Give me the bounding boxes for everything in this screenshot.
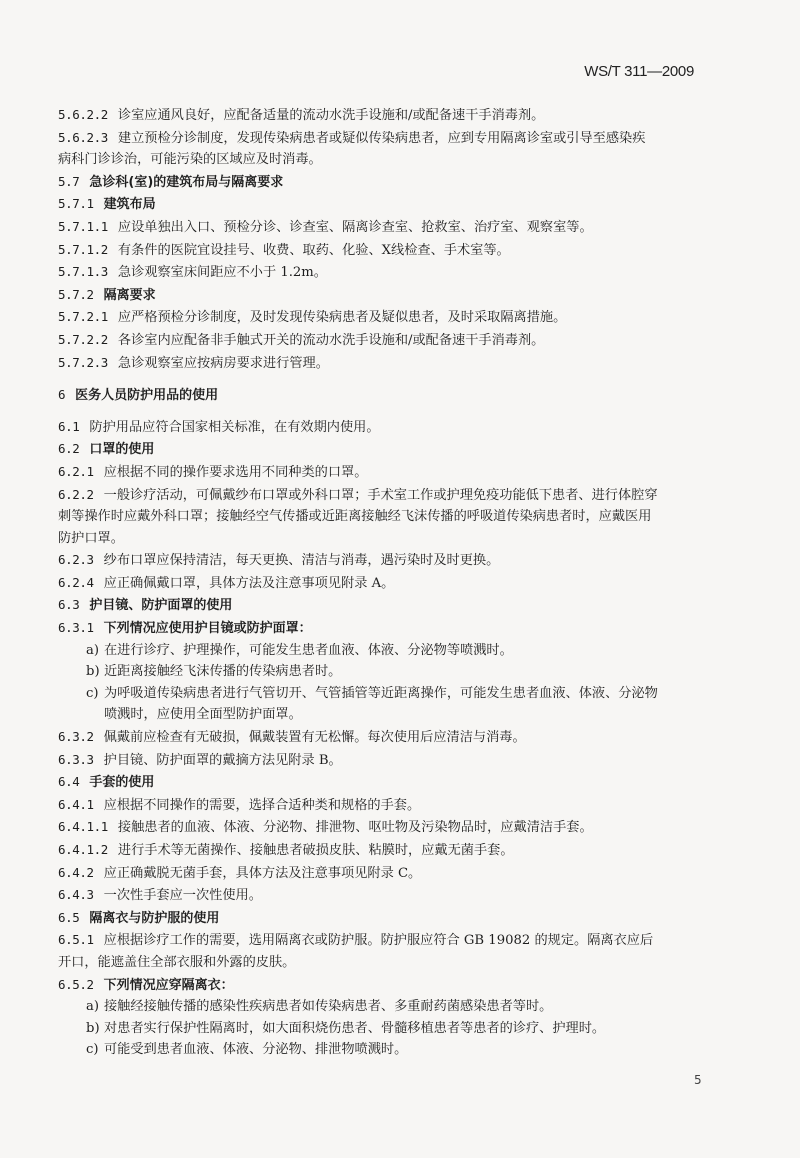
clause-text: 应根据不同的操作要求选用不同种类的口罩。	[104, 465, 368, 480]
clause-text: 可能受到患者血液、体液、分泌物、排泄物喷溅时。	[104, 1042, 407, 1057]
clause-number: 6.4.2	[58, 862, 94, 884]
list-item: c)为呼吸道传染病患者进行气管切开、气管插管等近距离操作，可能发生患者血液、体液…	[58, 683, 718, 705]
clause-text: 喷溅时，应使用全面型防护面罩。	[104, 707, 302, 722]
section-heading: 6.3护目镜、防护面罩的使用	[58, 594, 718, 617]
clause-text: 口罩的使用	[89, 442, 154, 457]
document-body: 5.6.2.2诊室应通风良好，应配备适量的流动水洗手设施和/或配备速干手消毒剂。…	[58, 104, 718, 1061]
list-item: b)对患者实行保护性隔离时，如大面积烧伤患者、骨髓移植患者等患者的诊疗、护理时。	[58, 1018, 718, 1040]
clause-number: 6.4.1.1	[58, 816, 108, 838]
clause-text: 在进行诊疗、护理操作，可能发生患者血液、体液、分泌物等喷溅时。	[104, 643, 513, 658]
clause-text: 应正确佩戴口罩，具体方法及注意事项见附录 A。	[104, 576, 395, 591]
paragraph-line: 5.7.2.1应严格预检分诊制度，及时发现传染病患者及疑似患者，及时采取隔离措施…	[58, 306, 718, 329]
clause-text: 病科门诊诊治，可能污染的区域应及时消毒。	[58, 152, 322, 167]
paragraph-line: 5.7.2.2各诊室内应配备非手触式开关的流动水洗手设施和/或配备速干手消毒剂。	[58, 329, 718, 352]
paragraph-line: 6.1防护用品应符合国家相关标准，在有效期内使用。	[58, 416, 718, 439]
clause-text: 各诊室内应配备非手触式开关的流动水洗手设施和/或配备速干手消毒剂。	[118, 333, 544, 348]
clause-text: 为呼吸道传染病患者进行气管切开、气管插管等近距离操作，可能发生患者血液、体液、分…	[104, 686, 658, 701]
clause-number: 6	[58, 384, 65, 406]
clause-number: 6.4.3	[58, 884, 94, 906]
clause-number: 6.2	[58, 438, 79, 460]
clause-text: 近距离接触经飞沫传播的传染病患者时。	[104, 664, 341, 679]
chapter-heading: 6医务人员防护用品的使用	[58, 384, 718, 407]
paragraph-line: 6.2.4应正确佩戴口罩，具体方法及注意事项见附录 A。	[58, 572, 718, 595]
section-heading: 6.5.2下列情况应穿隔离衣：	[58, 974, 718, 997]
section-heading: 6.5隔离衣与防护服的使用	[58, 907, 718, 930]
document-page: WS/T 311—2009 5.6.2.2诊室应通风良好，应配备适量的流动水洗手…	[0, 0, 800, 1158]
clause-number: 5.7.2	[58, 284, 94, 306]
clause-number: 6.5.1	[58, 929, 94, 951]
item-label: a)	[86, 996, 104, 1018]
clause-text: 护目镜、防护面罩的戴摘方法见附录 B。	[104, 753, 342, 768]
paragraph-line: 6.2.1应根据不同的操作要求选用不同种类的口罩。	[58, 461, 718, 484]
clause-number: 6.2.4	[58, 572, 94, 594]
clause-number: 6.5.2	[58, 974, 94, 996]
paragraph-line: 5.7.1.1应设单独出入口、预检分诊、诊查室、隔离诊查室、抢救室、治疗室、观察…	[58, 216, 718, 239]
standard-code: WS/T 311—2009	[584, 63, 694, 80]
section-heading: 6.2口罩的使用	[58, 438, 718, 461]
clause-number: 6.5	[58, 907, 79, 929]
item-label: b)	[86, 661, 104, 683]
clause-text: 急诊观察室床间距应不小于 1.2m。	[118, 265, 327, 280]
clause-text: 应正确戴脱无菌手套，具体方法及注意事项见附录 C。	[104, 866, 422, 881]
clause-text: 一次性手套应一次性使用。	[104, 888, 262, 903]
paragraph-line: 6.3.3护目镜、防护面罩的戴摘方法见附录 B。	[58, 749, 718, 772]
clause-text: 建筑布局	[104, 197, 156, 212]
clause-text: 应严格预检分诊制度，及时发现传染病患者及疑似患者，及时采取隔离措施。	[118, 310, 566, 325]
clause-text: 佩戴前应检查有无破损，佩戴装置有无松懈。每次使用后应清洁与消毒。	[104, 730, 526, 745]
clause-number: 5.7	[58, 171, 79, 193]
paragraph-line: 6.4.1.2进行手术等无菌操作、接触患者破损皮肤、粘膜时，应戴无菌手套。	[58, 839, 718, 862]
section-heading: 6.4手套的使用	[58, 771, 718, 794]
clause-text: 下列情况应穿隔离衣：	[104, 978, 234, 993]
clause-text: 应设单独出入口、预检分诊、诊查室、隔离诊查室、抢救室、治疗室、观察室等。	[118, 220, 593, 235]
paragraph-line: 5.7.1.3急诊观察室床间距应不小于 1.2m。	[58, 261, 718, 284]
paragraph-line: 5.6.2.2诊室应通风良好，应配备适量的流动水洗手设施和/或配备速干手消毒剂。	[58, 104, 718, 127]
paragraph-line: 5.7.1.2有条件的医院宜设挂号、收费、取药、化验、X线检查、手术室等。	[58, 239, 718, 262]
clause-number: 5.7.1.1	[58, 216, 108, 238]
paragraph-line: 病科门诊诊治，可能污染的区域应及时消毒。	[58, 149, 718, 171]
clause-number: 6.2.1	[58, 461, 94, 483]
clause-text: 开口，能遮盖住全部衣服和外露的皮肤。	[58, 955, 295, 970]
section-heading: 5.7.1建筑布局	[58, 193, 718, 216]
item-label: c)	[86, 683, 104, 705]
item-label: b)	[86, 1018, 104, 1040]
clause-text: 急诊科(室)的建筑布局与隔离要求	[89, 175, 283, 190]
clause-text: 有条件的医院宜设挂号、收费、取药、化验、X线检查、手术室等。	[118, 243, 510, 258]
paragraph-line: 6.4.3一次性手套应一次性使用。	[58, 884, 718, 907]
paragraph-line: 6.2.3纱布口罩应保持清洁，每天更换、清洁与消毒，遇污染时及时更换。	[58, 549, 718, 572]
clause-number: 5.7.1	[58, 193, 94, 215]
clause-number: 6.3.1	[58, 617, 94, 639]
list-item: c)可能受到患者血液、体液、分泌物、排泄物喷溅时。	[58, 1039, 718, 1061]
clause-text: 应根据不同操作的需要，选择合适种类和规格的手套。	[104, 798, 421, 813]
list-item: 喷溅时，应使用全面型防护面罩。	[58, 704, 718, 726]
clause-number: 6.1	[58, 416, 79, 438]
paragraph-line: 刺等操作时应戴外科口罩；接触经空气传播或近距离接触经飞沫传播的呼吸道传染病患者时…	[58, 506, 718, 528]
clause-number: 5.6.2.3	[58, 127, 108, 149]
clause-number: 6.2.3	[58, 549, 94, 571]
clause-text: 一般诊疗活动，可佩戴纱布口罩或外科口罩；手术室工作或护理免疫功能低下患者、进行体…	[104, 488, 658, 503]
paragraph-line: 开口，能遮盖住全部衣服和外露的皮肤。	[58, 952, 718, 974]
list-item: a)接触经接触传播的感染性疾病患者如传染病患者、多重耐药菌感染患者等时。	[58, 996, 718, 1018]
clause-number: 6.4.1	[58, 794, 94, 816]
clause-number: 6.4.1.2	[58, 839, 108, 861]
clause-text: 纱布口罩应保持清洁，每天更换、清洁与消毒，遇污染时及时更换。	[104, 553, 500, 568]
clause-number: 5.7.1.2	[58, 239, 108, 261]
clause-text: 建立预检分诊制度，发现传染病患者或疑似传染病患者，应到专用隔离诊室或引导至感染疾	[118, 131, 646, 146]
clause-number: 5.7.1.3	[58, 261, 108, 283]
paragraph-line: 6.4.2应正确戴脱无菌手套，具体方法及注意事项见附录 C。	[58, 862, 718, 885]
paragraph-line: 防护口罩。	[58, 528, 718, 550]
list-item: a)在进行诊疗、护理操作，可能发生患者血液、体液、分泌物等喷溅时。	[58, 640, 718, 662]
clause-text: 急诊观察室应按病房要求进行管理。	[118, 356, 329, 371]
clause-number: 6.2.2	[58, 484, 94, 506]
item-label: c)	[86, 1039, 104, 1061]
clause-text: 手套的使用	[89, 775, 154, 790]
section-heading: 5.7急诊科(室)的建筑布局与隔离要求	[58, 171, 718, 194]
clause-text: 医务人员防护用品的使用	[75, 388, 218, 403]
item-label: a)	[86, 640, 104, 662]
clause-text: 护目镜、防护面罩的使用	[89, 598, 232, 613]
paragraph-line: 6.5.1应根据诊疗工作的需要，选用隔离衣或防护服。防护服应符合 GB 1908…	[58, 929, 718, 952]
clause-number: 6.3.2	[58, 726, 94, 748]
page-number: 5	[694, 1073, 702, 1087]
clause-number: 6.3	[58, 594, 79, 616]
clause-text: 接触患者的血液、体液、分泌物、排泄物、呕吐物及污染物品时，应戴清洁手套。	[118, 820, 593, 835]
clause-number: 5.7.2.2	[58, 329, 108, 351]
clause-text: 刺等操作时应戴外科口罩；接触经空气传播或近距离接触经飞沫传播的呼吸道传染病患者时…	[58, 509, 651, 524]
clause-text: 隔离衣与防护服的使用	[89, 911, 219, 926]
clause-number: 5.6.2.2	[58, 104, 108, 126]
clause-text: 对患者实行保护性隔离时，如大面积烧伤患者、骨髓移植患者等患者的诊疗、护理时。	[104, 1021, 605, 1036]
clause-number: 5.7.2.3	[58, 352, 108, 374]
clause-text: 诊室应通风良好，应配备适量的流动水洗手设施和/或配备速干手消毒剂。	[118, 108, 544, 123]
clause-text: 应根据诊疗工作的需要，选用隔离衣或防护服。防护服应符合 GB 19082 的规定…	[104, 933, 654, 948]
clause-text: 防护口罩。	[58, 531, 124, 546]
section-heading: 5.7.2隔离要求	[58, 284, 718, 307]
clause-number: 6.3.3	[58, 749, 94, 771]
clause-text: 进行手术等无菌操作、接触患者破损皮肤、粘膜时，应戴无菌手套。	[118, 843, 514, 858]
paragraph-line: 6.4.1应根据不同操作的需要，选择合适种类和规格的手套。	[58, 794, 718, 817]
clause-number: 5.7.2.1	[58, 306, 108, 328]
list-item: b)近距离接触经飞沫传播的传染病患者时。	[58, 661, 718, 683]
clause-text: 接触经接触传播的感染性疾病患者如传染病患者、多重耐药菌感染患者等时。	[104, 999, 552, 1014]
paragraph-line: 5.7.2.3急诊观察室应按病房要求进行管理。	[58, 352, 718, 375]
clause-number: 6.4	[58, 771, 79, 793]
clause-text: 下列情况应使用护目镜或防护面罩：	[104, 621, 312, 636]
section-heading: 6.3.1下列情况应使用护目镜或防护面罩：	[58, 617, 718, 640]
paragraph-line: 6.3.2佩戴前应检查有无破损，佩戴装置有无松懈。每次使用后应清洁与消毒。	[58, 726, 718, 749]
paragraph-line: 5.6.2.3建立预检分诊制度，发现传染病患者或疑似传染病患者，应到专用隔离诊室…	[58, 127, 718, 150]
paragraph-line: 6.2.2一般诊疗活动，可佩戴纱布口罩或外科口罩；手术室工作或护理免疫功能低下患…	[58, 484, 718, 507]
clause-text: 防护用品应符合国家相关标准，在有效期内使用。	[89, 420, 379, 435]
clause-text: 隔离要求	[104, 288, 156, 303]
paragraph-line: 6.4.1.1接触患者的血液、体液、分泌物、排泄物、呕吐物及污染物品时，应戴清洁…	[58, 816, 718, 839]
